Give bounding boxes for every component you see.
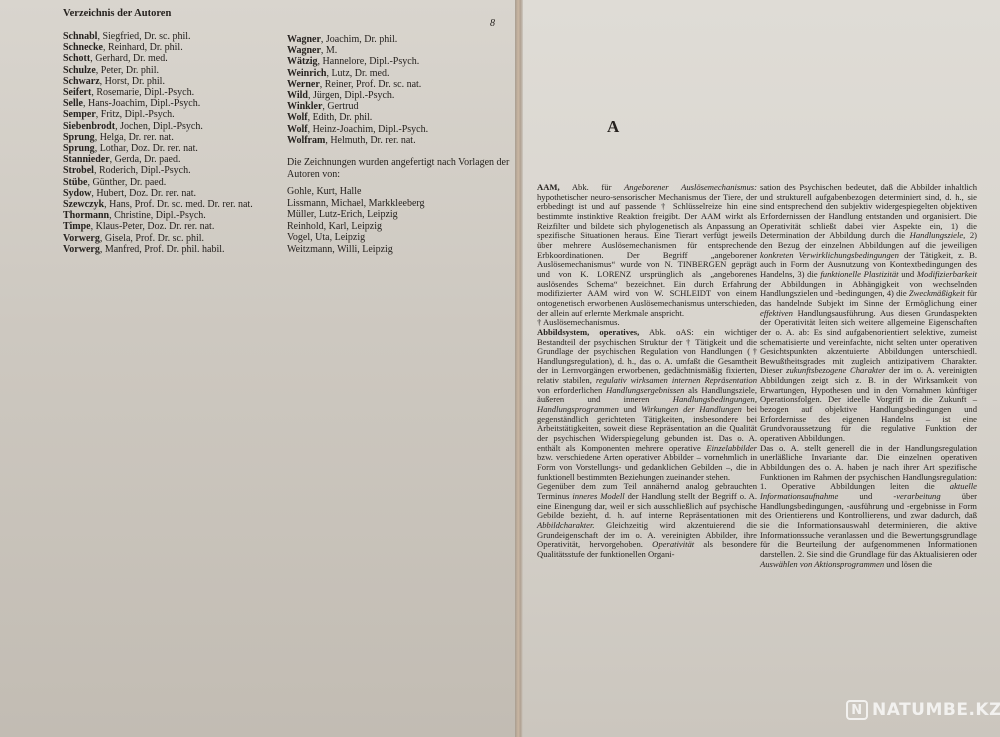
author-list-column-1: Schnabl, Siegfried, Dr. sc. phil. Schnec… (63, 31, 253, 255)
author-entry: Thormann, Christine, Dipl.-Psych. (63, 210, 253, 221)
author-entry: Sprung, Helga, Dr. rer. nat. (63, 132, 253, 143)
section-heading: Verzeichnis der Autoren (63, 8, 171, 19)
author-entry: Schnecke, Reinhard, Dr. phil. (63, 42, 253, 53)
author-entry: Strobel, Roderich, Dipl.-Psych. (63, 165, 253, 176)
left-page: Verzeichnis der Autoren 8 Schnabl, Siegf… (0, 0, 518, 737)
illustrator-entry: Reinhold, Karl, Leipzig (287, 221, 425, 233)
lemma-aam: AAM, (537, 182, 560, 192)
author-entry: Szewczyk, Hans, Prof. Dr. sc. med. Dr. r… (63, 199, 253, 210)
entry-aam: AAM, Abk. für Angeborener Auslösemechani… (537, 183, 757, 318)
chapter-letter: A (607, 117, 619, 137)
text-column-2: sation des Psychischen bedeutet, daß die… (760, 183, 977, 569)
author-entry: Selle, Hans-Joachim, Dipl.-Psych. (63, 98, 253, 109)
paragraph: Gegenüber dem zum Teil annähernd analog … (537, 482, 757, 559)
author-entry: Wild, Jürgen, Dipl.-Psych. (287, 90, 428, 101)
author-entry: Stannieder, Gerda, Dr. paed. (63, 154, 253, 165)
drawings-note: Die Zeichnungen wurden angefertigt nach … (287, 157, 512, 180)
illustrator-entry: Lissmann, Michael, Markkleeberg (287, 198, 425, 210)
paragraph: Das o. A. stellt generell die in der Han… (760, 444, 977, 570)
watermark-logo-icon: N (846, 700, 868, 720)
author-entry: Sydow, Hubert, Doz. Dr. rer. nat. (63, 188, 253, 199)
author-entry: Stübe, Günther, Dr. paed. (63, 177, 253, 188)
illustrator-entry: Müller, Lutz-Erich, Leipzig (287, 209, 425, 221)
author-entry: Wolf, Heinz-Joachim, Dipl.-Psych. (287, 124, 428, 135)
author-entry: Wolfram, Helmuth, Dr. rer. nat. (287, 135, 428, 146)
author-entry: Wätzig, Hannelore, Dipl.-Psych. (287, 56, 428, 67)
author-entry: Schnabl, Siegfried, Dr. sc. phil. (63, 31, 253, 42)
author-entry: Vorwerg, Manfred, Prof. Dr. phil. habil. (63, 244, 253, 255)
entry-abbildsystem: Abbildsystem, operatives, Abk. oAS: ein … (537, 328, 757, 483)
page-number: 8 (490, 18, 495, 29)
author-entry: Schulze, Peter, Dr. phil. (63, 65, 253, 76)
author-entry: Wagner, Joachim, Dr. phil. (287, 34, 428, 45)
lemma-abbildsystem: Abbildsystem, operatives, (537, 327, 639, 337)
author-entry: Werner, Reiner, Prof. Dr. sc. nat. (287, 79, 428, 90)
paragraph: sation des Psychischen bedeutet, daß die… (760, 183, 977, 444)
watermark-text: NATUMBE.KZ (872, 700, 1000, 720)
author-entry: Vorwerg, Gisela, Prof. Dr. sc. phil. (63, 233, 253, 244)
illustrator-entry: Vogel, Uta, Leipzig (287, 232, 425, 244)
author-entry: Timpe, Klaus-Peter, Doz. Dr. rer. nat. (63, 221, 253, 232)
author-entry: Wagner, M. (287, 45, 428, 56)
author-entry: Seifert, Rosemarie, Dipl.-Psych. (63, 87, 253, 98)
author-entry: Weinrich, Lutz, Dr. med. (287, 68, 428, 79)
author-entry: Semper, Fritz, Dipl.-Psych. (63, 109, 253, 120)
author-entry: Sprung, Lothar, Doz. Dr. rer. nat. (63, 143, 253, 154)
illustrator-entry: Gohle, Kurt, Halle (287, 186, 425, 198)
author-list-column-2: Wagner, Joachim, Dr. phil. Wagner, M. Wä… (287, 34, 428, 146)
book-spine (515, 0, 523, 737)
watermark: N NATUMBE.KZ (846, 700, 1000, 720)
author-entry: Wolf, Edith, Dr. phil. (287, 112, 428, 123)
illustrator-entry: Weitzmann, Willi, Leipzig (287, 244, 425, 256)
author-entry: Winkler, Gertrud (287, 101, 428, 112)
author-entry: Siebenbrodt, Jochen, Dipl.-Psych. (63, 121, 253, 132)
text-column-1: AAM, Abk. für Angeborener Auslösemechani… (537, 183, 757, 560)
author-entry: Schott, Gerhard, Dr. med. (63, 53, 253, 64)
author-entry: Schwarz, Horst, Dr. phil. (63, 76, 253, 87)
illustrator-list: Gohle, Kurt, Halle Lissmann, Michael, Ma… (287, 186, 425, 255)
